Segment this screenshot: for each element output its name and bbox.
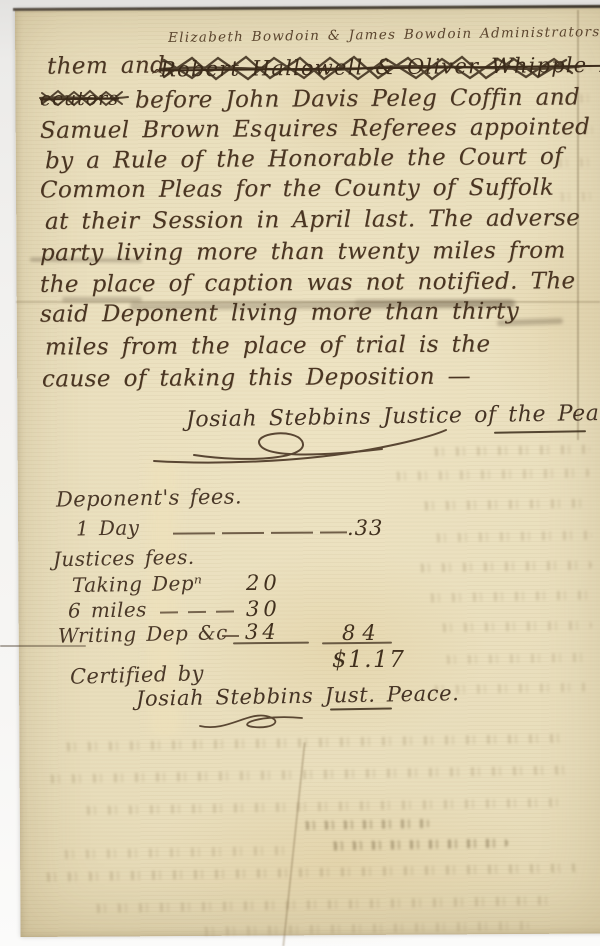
day-fee-label: 1 Day bbox=[76, 515, 140, 540]
day-fee-amount: .33 bbox=[347, 516, 383, 540]
stray-mark bbox=[0, 645, 86, 647]
body-line-8: the place of caption was not notified. T… bbox=[40, 268, 576, 298]
total-amount: $1.17 bbox=[332, 647, 405, 673]
deponent-fees-header: Deponent's fees. bbox=[56, 484, 242, 511]
bleedthrough-line bbox=[556, 192, 594, 202]
writing-deposition-label: Writing Dep &c bbox=[58, 620, 228, 648]
body-line-4: by a Rule of the Honorable the Court of bbox=[45, 144, 563, 175]
body-line-1-struck-text: Robert Hallowell & Oliver Whipple Ex- bbox=[160, 53, 600, 82]
body-line-10: miles from the place of trial is the bbox=[45, 331, 491, 360]
certified-by-label: Certified by bbox=[70, 661, 204, 688]
body-line-6: at their Session in April last. The adve… bbox=[45, 205, 580, 235]
miles-amount: 30 bbox=[246, 597, 281, 621]
body-line-5: Common Pleas for the County of Suffolk bbox=[40, 175, 554, 204]
ink-smear bbox=[62, 297, 142, 302]
manuscript-photo: Elizabeth Bowdoin & James Bowdoin Admini… bbox=[0, 0, 600, 946]
fee-leader-line bbox=[222, 635, 239, 637]
taking-deposition-amount: 20 bbox=[246, 571, 281, 595]
taking-deposition-label: Taking Depⁿ bbox=[72, 571, 203, 597]
justice-fees-header: Justices fees. bbox=[53, 545, 195, 571]
body-line-3: Samuel Brown Esquires Referees appointed bbox=[40, 114, 590, 144]
ink-smear bbox=[355, 299, 513, 308]
body-line-11: cause of taking this Deposition — bbox=[42, 364, 471, 393]
body-line-2: before John Davis Peleg Coffin and bbox=[135, 84, 580, 113]
body-line-2-struck-text: ecutors bbox=[40, 88, 119, 111]
miles-label: 6 miles bbox=[68, 597, 147, 622]
body-line-7: party living more than twenty miles from bbox=[40, 238, 566, 267]
writing-deposition-amount: 34 bbox=[245, 620, 280, 644]
